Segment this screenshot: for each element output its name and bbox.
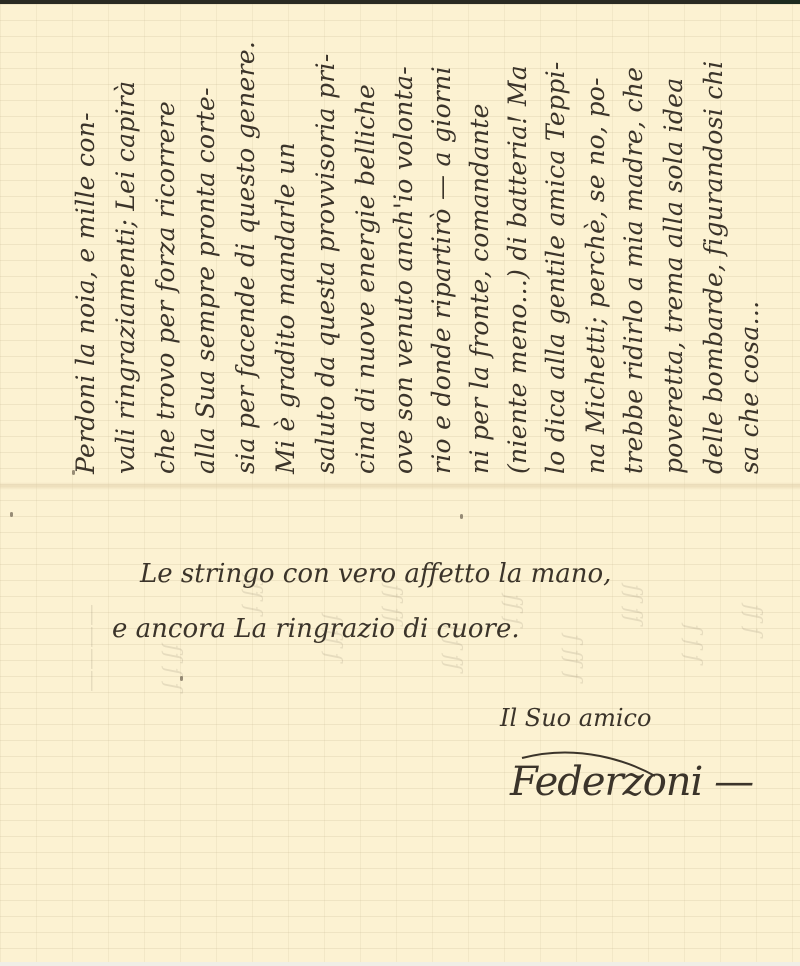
ink-speck: [180, 676, 183, 681]
body-line: ove son venuto anch'io volonta-: [384, 66, 424, 474]
body-line: cina di nuove energie belliche: [346, 84, 386, 474]
body-line: vali ringraziamenti; Lei capirà: [106, 81, 146, 474]
closing-line-1: Le stringo con vero affetto la mano,: [140, 559, 611, 589]
scan-bottom-edge: [0, 962, 800, 966]
letter-page: ———— ſſ ſ ſ ſſſ ſ ſ ſſ ſ ſſ ſſ ſ ſ ſſ ſſ…: [0, 4, 800, 962]
body-line: poveretta, trema alla sola idea: [654, 78, 694, 474]
body-line: sa che cosa...: [730, 301, 770, 474]
body-line: trebbe ridirlo a mia madre, che: [614, 67, 654, 474]
signature: Federzoni —: [510, 759, 753, 805]
body-line: (niente meno...) di batteria! Ma: [498, 65, 538, 474]
body-line: rio e donde ripartirò — a giorni: [422, 66, 462, 474]
ink-speck: [10, 512, 13, 517]
paper-fold-line: [0, 482, 800, 490]
body-line: saluto da questa provvisoria pri-: [306, 53, 346, 474]
body-line: che trovo per forza ricorrere: [146, 101, 186, 474]
body-line: alla Sua sempre pronta corte-: [186, 87, 226, 474]
ink-speck: [460, 514, 463, 519]
body-line: delle bombarde, figurandosi chi: [694, 61, 734, 474]
rotated-letter-body: Perdoni la noia, e mille con- vali ringr…: [66, 4, 746, 474]
body-line: Perdoni la noia, e mille con-: [66, 112, 106, 474]
valediction: Il Suo amico: [500, 704, 651, 732]
closing-line-2: e ancora La ringrazio di cuore.: [112, 614, 520, 644]
body-line: lo dica alla gentile amica Teppi-: [536, 61, 576, 474]
body-line: na Michetti; perchè, se no, po-: [576, 77, 616, 474]
body-line: ni per la fronte, comandante: [460, 103, 500, 474]
body-line: sia per facende di questo genere.: [226, 41, 266, 474]
ink-speck: [72, 470, 75, 475]
body-line: Mi è gradito mandarle un: [266, 142, 306, 474]
